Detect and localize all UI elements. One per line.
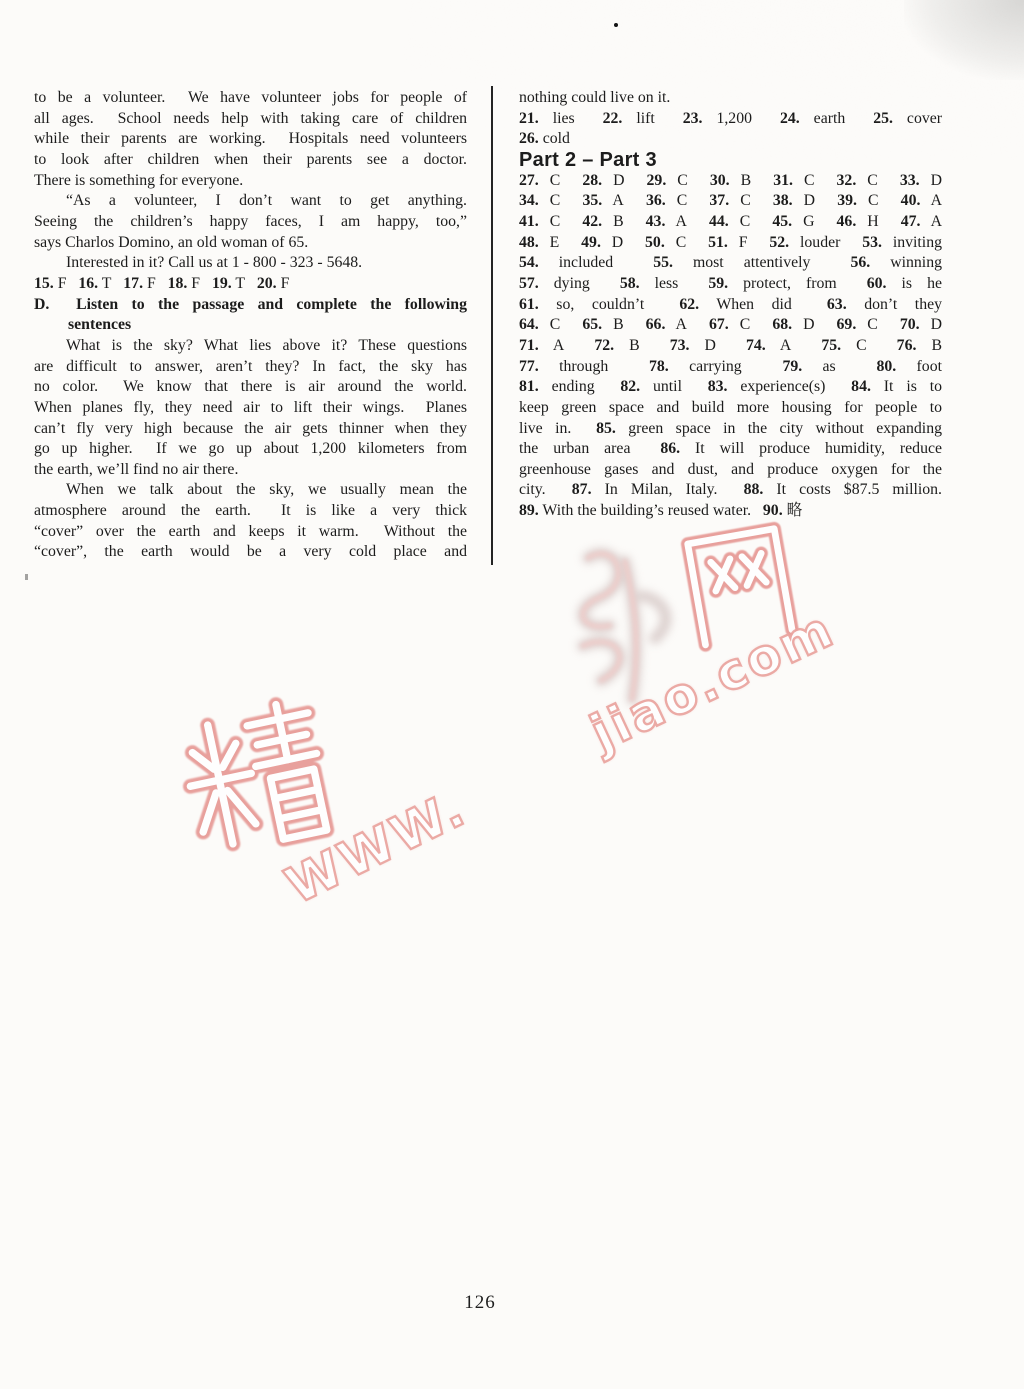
watermark-char-jing-icon [163,684,341,869]
text-line: 26. cold [519,129,942,150]
text-line: “cover”, the earth would be a very cold … [34,542,467,563]
text-line: atmosphere around the earth. It is like … [34,501,467,522]
text-line: 89. With the building’s reused water. 90… [519,501,942,522]
right-text-column: nothing could live on it.21. lies 22. li… [519,88,942,522]
text-line: says Charlos Domino, an old woman of 65. [34,233,467,254]
text-line: When planes fly, they need air to lift t… [34,398,467,419]
text-line: Part 2 – Part 3 [519,150,942,171]
scan-speck-mark [25,574,28,580]
text-line: 77. through 78. carrying 79. as 80. foot [519,357,942,378]
text-line: go up higher. If we go up about 1,200 ki… [34,439,467,460]
text-line: 48. E 49. D 50. C 51. F 52. louder 53. i… [519,233,942,254]
text-line: “As a volunteer, I don’t want to get any… [34,191,467,212]
text-line: Interested in it? Call us at 1 - 800 - 3… [34,253,467,274]
text-line: 81. ending 82. until 83. experience(s) 8… [519,377,942,398]
text-line: 57. dying 58. less 59. protect, from 60.… [519,274,942,295]
text-line: 61. so, couldn’t 62. When did 63. don’t … [519,295,942,316]
text-line: “cover” over the earth and keeps it warm… [34,522,467,543]
text-line: no color. We know that there is air arou… [34,377,467,398]
page-number: 126 [448,1292,512,1314]
column-divider-rule [491,86,493,565]
text-line: are difficult to answer, aren’t they? In… [34,357,467,378]
text-line: city. 87. In Milan, Italy. 88. It costs … [519,480,942,501]
text-line: 21. lies 22. lift 23. 1,200 24. earth 25… [519,109,942,130]
text-line: live in. 85. green space in the city wit… [519,419,942,440]
text-line: 34. C 35. A 36. C 37. C 38. D 39. C 40. … [519,191,942,212]
left-text-column: to be a volunteer. We have volunteer job… [34,88,467,563]
watermark-char-wang-icon [667,506,810,657]
text-line: D. Listen to the passage and complete th… [34,295,467,316]
text-line: 41. C 42. B 43. A 44. C 45. G 46. H 47. … [519,212,942,233]
text-line: keep green space and build more housing … [519,398,942,419]
text-line: nothing could live on it. [519,88,942,109]
text-line: to be a volunteer. We have volunteer job… [34,88,467,109]
text-line: 54. included 55. most attentively 56. wi… [519,253,942,274]
watermark-url-www: WWW. [277,779,475,915]
text-line: while their parents are working. Hospita… [34,129,467,150]
text-line: What is the sky? What lies above it? The… [34,336,467,357]
text-line: Seeing the children’s happy faces, I am … [34,212,467,233]
text-line: sentences [34,315,467,336]
text-line: can’t fly very high because the air gets… [34,419,467,440]
scan-speck-dot [614,23,618,27]
watermark-smudge [543,531,706,723]
text-line: the urban area 86. It will produce humid… [519,439,942,460]
watermark-url-domain: jiao.com [582,599,843,762]
text-line: 64. C 65. B 66. A 67. C 68. D 69. C 70. … [519,315,942,336]
scanned-answer-page: to be a volunteer. We have volunteer job… [0,0,1024,1389]
text-line: When we talk about the sky, we usually m… [34,480,467,501]
text-line: 71. A 72. B 73. D 74. A 75. C 76. B [519,336,942,357]
text-line: to look after children when their parent… [34,150,467,171]
text-line: all ages. School needs help with taking … [34,109,467,130]
text-line: There is something for everyone. [34,171,467,192]
text-line: the earth, we’ll find no air there. [34,460,467,481]
text-line: 15. F 16. T 17. F 18. F 19. T 20. F [34,274,467,295]
text-line: greenhouse gases and dust, and produce o… [519,460,942,481]
scan-corner-shadow [904,0,1024,80]
text-line: 27. C 28. D 29. C 30. B 31. C 32. C 33. … [519,171,942,192]
